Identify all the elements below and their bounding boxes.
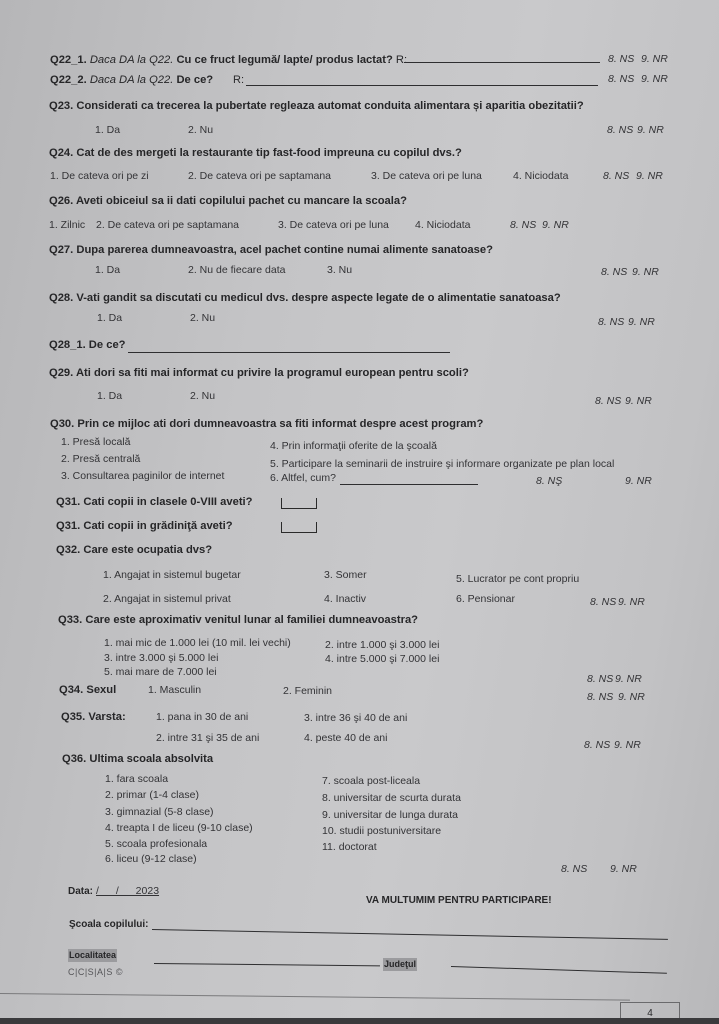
school-field[interactable] <box>152 929 668 940</box>
q31-school-question: Q31. Cati copii in clasele 0-VIII aveti? <box>56 496 252 509</box>
county-field[interactable] <box>451 966 667 974</box>
q32-option[interactable]: 5. Lucrator pe cont propriu <box>456 573 579 586</box>
q30-option[interactable]: 5. Participare la seminarii de instruire… <box>270 458 614 471</box>
q32-option[interactable]: 1. Angajat in sistemul bugetar <box>103 569 241 582</box>
locality-label: Localitatea <box>68 949 117 962</box>
county-label: Judeţul <box>383 958 417 971</box>
q22-2-answer-field[interactable] <box>246 85 598 86</box>
q36-option[interactable]: 10. studii postuniversitare <box>322 825 441 838</box>
footer-divider <box>0 993 630 1001</box>
q30-nr[interactable]: 9. NR <box>625 475 652 488</box>
q34-option[interactable]: 1. Masculin <box>148 684 201 697</box>
q24-ns[interactable]: 8. NS <box>603 170 629 183</box>
q28-nr[interactable]: 9. NR <box>628 316 655 329</box>
q33-ns[interactable]: 8. NS <box>587 673 613 686</box>
thank-you-message: VA MULTUMIM PENTRU PARTICIPARE! <box>366 894 552 907</box>
page-edge-shadow <box>0 1018 719 1024</box>
q36-option[interactable]: 9. universitar de lunga durata <box>322 809 458 822</box>
q36-option[interactable]: 5. scoala profesionala <box>105 838 207 851</box>
q34-nr[interactable]: 9. NR <box>618 691 645 704</box>
q22-2-nr[interactable]: 9. NR <box>641 73 668 86</box>
q32-ns[interactable]: 8. NS <box>590 596 616 609</box>
q33-option[interactable]: 2. intre 1.000 şi 3.000 lei <box>325 639 439 652</box>
q33-option[interactable]: 3. intre 3.000 şi 5.000 lei <box>104 652 218 665</box>
q26-question: Q26. Aveti obiceiul sa ii dati copilului… <box>49 195 407 208</box>
q22-2-question: Q22_2. Daca DA la Q22. De ce? <box>50 74 213 87</box>
school-label: Şcoala copilului: <box>69 918 148 931</box>
q35-option[interactable]: 4. peste 40 de ani <box>304 732 387 745</box>
q28-question: Q28. V-ati gandit sa discutati cu medicu… <box>49 292 561 305</box>
q36-option[interactable]: 7. scoala post-liceala <box>322 775 420 788</box>
q28-ns[interactable]: 8. NS <box>598 316 624 329</box>
q30-option[interactable]: 2. Presă centrală <box>61 453 140 466</box>
q23-option[interactable]: 2. Nu <box>188 124 213 137</box>
q27-option[interactable]: 3. Nu <box>327 264 352 277</box>
q32-option[interactable]: 2. Angajat in sistemul privat <box>103 593 231 606</box>
q33-option[interactable]: 1. mai mic de 1.000 lei (10 mil. lei vec… <box>104 637 291 650</box>
q26-nr[interactable]: 9. NR <box>542 219 569 232</box>
q30-option[interactable]: 4. Prin informaţii oferite de la şcoală <box>270 440 437 453</box>
q36-question: Q36. Ultima scoala absolvita <box>62 753 213 766</box>
q24-option[interactable]: 1. De cateva ori pe zi <box>50 170 149 183</box>
q31-kindergarten-question: Q31. Cati copii in grădiniţă aveti? <box>56 520 233 533</box>
q35-nr[interactable]: 9. NR <box>614 739 641 752</box>
q33-question: Q33. Care este aproximativ venitul lunar… <box>58 614 418 627</box>
q32-option[interactable]: 6. Pensionar <box>456 593 515 606</box>
q26-ns[interactable]: 8. NS <box>510 219 536 232</box>
q27-question: Q27. Dupa parerea dumneavoastra, acel pa… <box>49 244 493 257</box>
q30-option[interactable]: 1. Presă locală <box>61 436 130 449</box>
q22-2-ns[interactable]: 8. NS <box>608 73 634 86</box>
q23-question: Q23. Considerati ca trecerea la pubertat… <box>49 100 584 113</box>
q35-ns[interactable]: 8. NS <box>584 739 610 752</box>
q27-option[interactable]: 2. Nu de fiecare data <box>188 264 285 277</box>
q29-question: Q29. Ati dori sa fiti mai informat cu pr… <box>49 367 469 380</box>
q24-option[interactable]: 2. De cateva ori pe saptamana <box>188 170 331 183</box>
q36-option[interactable]: 4. treapta I de liceu (9-10 clase) <box>105 822 253 835</box>
q36-ns[interactable]: 8. NS <box>561 863 587 876</box>
q34-question: Q34. Sexul <box>59 684 116 697</box>
q29-nr[interactable]: 9. NR <box>625 395 652 408</box>
q26-option[interactable]: 2. De cateva ori pe saptamana <box>96 219 239 232</box>
q22-1-answer-field[interactable] <box>404 62 600 63</box>
q35-question: Q35. Varsta: <box>61 711 126 724</box>
q29-option[interactable]: 2. Nu <box>190 390 215 403</box>
q34-option[interactable]: 2. Feminin <box>283 685 332 698</box>
q30-question: Q30. Prin ce mijloc ati dori dumneavoast… <box>50 418 483 431</box>
q23-option[interactable]: 1. Da <box>95 124 120 137</box>
q28-option[interactable]: 1. Da <box>97 312 122 325</box>
q29-ns[interactable]: 8. NS <box>595 395 621 408</box>
q32-option[interactable]: 4. Inactiv <box>324 593 366 606</box>
q33-option[interactable]: 5. mai mare de 7.000 lei <box>104 666 217 679</box>
q32-nr[interactable]: 9. NR <box>618 596 645 609</box>
q24-nr[interactable]: 9. NR <box>636 170 663 183</box>
q36-option[interactable]: 3. gimnazial (5-8 clase) <box>105 806 214 819</box>
q34-ns[interactable]: 8. NS <box>587 691 613 704</box>
q32-question: Q32. Care este ocupatia dvs? <box>56 544 212 557</box>
q30-option[interactable]: 6. Altfel, cum? <box>270 472 336 485</box>
questionnaire-page: Q22_1. Daca DA la Q22. Cu ce fruct legum… <box>0 0 719 1024</box>
q32-option[interactable]: 3. Somer <box>324 569 367 582</box>
q27-option[interactable]: 1. Da <box>95 264 120 277</box>
q36-option[interactable]: 2. primar (1-4 clase) <box>105 789 199 802</box>
q36-option[interactable]: 11. doctorat <box>322 841 377 854</box>
q26-option[interactable]: 1. Zilnic <box>49 219 85 232</box>
locality-field[interactable] <box>154 963 380 966</box>
q24-option[interactable]: 4. Niciodata <box>513 170 568 183</box>
q35-option[interactable]: 1. pana in 30 de ani <box>156 711 248 724</box>
q23-ns[interactable]: 8. NS <box>607 124 633 137</box>
q33-option[interactable]: 4. intre 5.000 şi 7.000 lei <box>325 653 439 666</box>
q30-option[interactable]: 3. Consultarea paginilor de internet <box>61 470 224 483</box>
date-label: Data: <box>68 885 93 898</box>
q24-option[interactable]: 3. De cateva ori pe luna <box>371 170 482 183</box>
q22-1-ns[interactable]: 8. NS <box>608 53 634 66</box>
q30-other-field[interactable] <box>340 484 478 485</box>
q36-option[interactable]: 1. fara scoala <box>105 773 168 786</box>
q28-1-answer-field[interactable] <box>128 352 450 353</box>
q31-school-count-field[interactable] <box>281 498 317 509</box>
q36-nr[interactable]: 9. NR <box>610 863 637 876</box>
q26-option[interactable]: 4. Niciodata <box>415 219 470 232</box>
q22-2-answer-label: R: <box>233 74 244 87</box>
q36-option[interactable]: 6. liceu (9-12 clase) <box>105 853 197 866</box>
q27-nr[interactable]: 9. NR <box>632 266 659 279</box>
q28-option[interactable]: 2. Nu <box>190 312 215 325</box>
q22-1-question: Q22_1. Daca DA la Q22. Cu ce fruct legum… <box>50 54 407 67</box>
copyright-mark: C|C|S|A|S © <box>68 966 123 979</box>
q35-option[interactable]: 3. intre 36 şi 40 de ani <box>304 712 407 725</box>
q24-question: Q24. Cat de des mergeti la restaurante t… <box>49 147 462 160</box>
q31-kindergarten-count-field[interactable] <box>281 522 317 533</box>
q30-ns[interactable]: 8. NŞ <box>536 475 562 488</box>
q28-1-question: Q28_1. De ce? <box>49 339 126 352</box>
q27-ns[interactable]: 8. NS <box>601 266 627 279</box>
q23-nr[interactable]: 9. NR <box>637 124 664 137</box>
q29-option[interactable]: 1. Da <box>97 390 122 403</box>
q36-option[interactable]: 8. universitar de scurta durata <box>322 792 461 805</box>
q35-option[interactable]: 2. intre 31 şi 35 de ani <box>156 732 259 745</box>
q26-option[interactable]: 3. De cateva ori pe luna <box>278 219 389 232</box>
q33-nr[interactable]: 9. NR <box>615 673 642 686</box>
date-field[interactable]: / / 2023 <box>96 885 159 898</box>
q22-1-nr[interactable]: 9. NR <box>641 53 668 66</box>
